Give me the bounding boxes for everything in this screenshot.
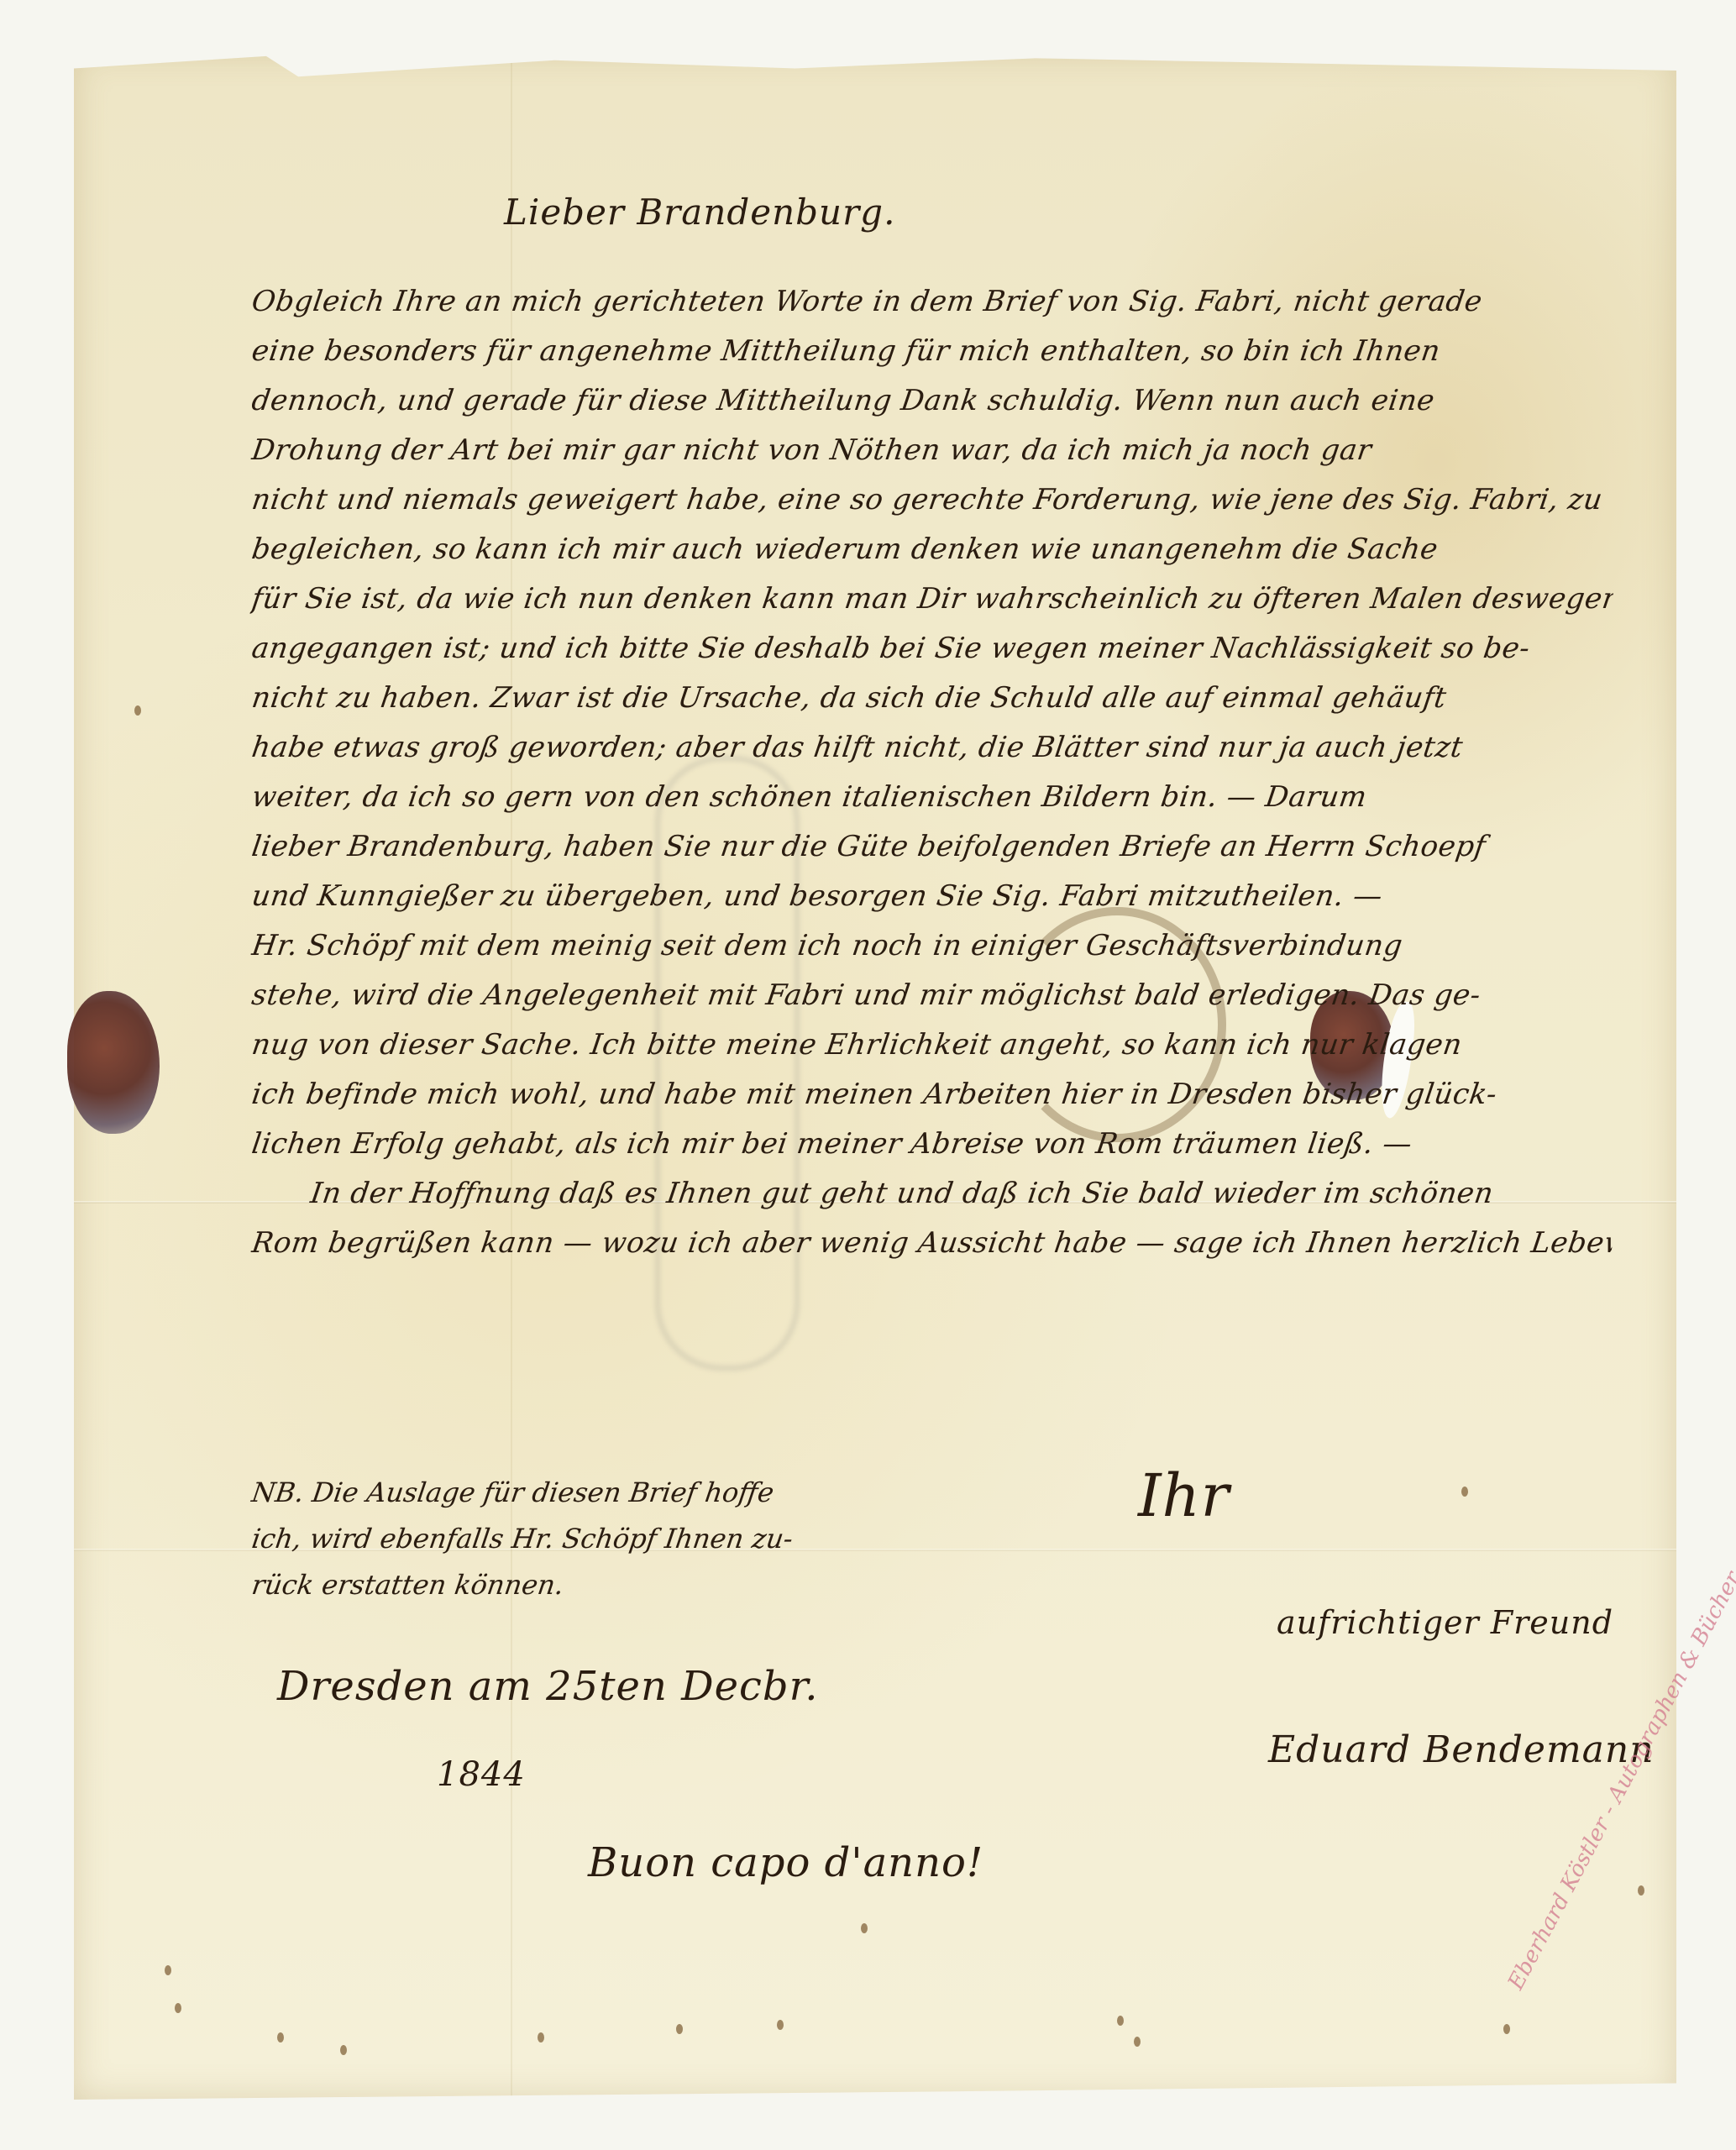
body-line: dennoch, und gerade für diese Mittheilun… [249,376,1616,426]
year: 1844 [437,1755,526,1794]
body-line: Obgleich Ihre an mich gerichteten Worte … [249,277,1616,327]
foxing-spot [1117,2016,1124,2026]
foxing-spot [134,705,141,716]
foxing-spot [277,2032,284,2042]
body-line: nicht und niemals geweigert habe, eine s… [249,475,1616,525]
foxing-spot [777,2020,784,2030]
body-line: nicht zu haben. Zwar ist die Ursache, da… [249,674,1616,723]
body-line: Rom begrüßen kann — wozu ich aber wenig … [249,1219,1616,1268]
foxing-spot [1461,1487,1468,1497]
body-line: ich befinde mich wohl, und habe mit mein… [249,1070,1616,1120]
body-line: eine besonders für angenehme Mittheilung… [249,327,1616,376]
closing-ihr: Ihr [1138,1461,1230,1530]
salutation: Lieber Brandenburg. [504,191,895,233]
signature: Eduard Bendemann [1268,1728,1655,1771]
foxing-spot [861,1923,868,1933]
body-line: habe etwas groß geworden; aber das hilft… [249,723,1616,773]
closing-phrase: aufrichtiger Freund [1277,1604,1613,1641]
body-line: begleichen, so kann ich mir auch wiederu… [249,525,1616,574]
foxing-spot [175,2003,181,2013]
body-line: und Kunngießer zu übergeben, und besorge… [249,872,1616,921]
body-line: lieber Brandenburg, haben Sie nur die Gü… [249,822,1616,872]
body-line: Drohung der Art bei mir gar nicht von Nö… [249,426,1616,475]
foxing-spot [340,2045,347,2055]
postscript-line: ich, wird ebenfalls Hr. Schöpf Ihnen zu- [249,1516,795,1562]
body-line: weiter, da ich so gern von den schönen i… [249,773,1616,822]
body-line: lichen Erfolg gehabt, als ich mir bei me… [249,1120,1616,1169]
letter-body: Obgleich Ihre an mich gerichteten Worte … [252,277,1613,1268]
body-line: In der Hoffnung daß es Ihnen gut geht un… [249,1169,1616,1219]
foxing-spot [1134,2037,1141,2047]
foxing-spot [1638,1885,1644,1896]
new-year-greeting: Buon capo d'anno! [588,1839,983,1886]
postscript-line: NB. Die Auslage für diesen Brief hoffe [249,1470,795,1516]
body-line: stehe, wird die Angelegenheit mit Fabri … [249,971,1616,1020]
body-line: angegangen ist; und ich bitte Sie deshal… [249,624,1616,674]
foxing-spot [538,2032,544,2042]
foxing-spot [676,2024,683,2034]
foxing-spot [165,1965,171,1975]
body-line: für Sie ist, da wie ich nun denken kann … [249,574,1616,624]
body-line: Hr. Schöpf mit dem meinig seit dem ich n… [249,921,1616,971]
postscript: NB. Die Auslage für diesen Brief hoffe i… [252,1470,793,1608]
postscript-line: rück erstatten können. [249,1562,795,1608]
foxing-spot [1503,2024,1510,2034]
body-line: nug von dieser Sache. Ich bitte meine Eh… [249,1020,1616,1070]
place-and-date: Dresden am 25ten Decbr. [277,1663,819,1710]
